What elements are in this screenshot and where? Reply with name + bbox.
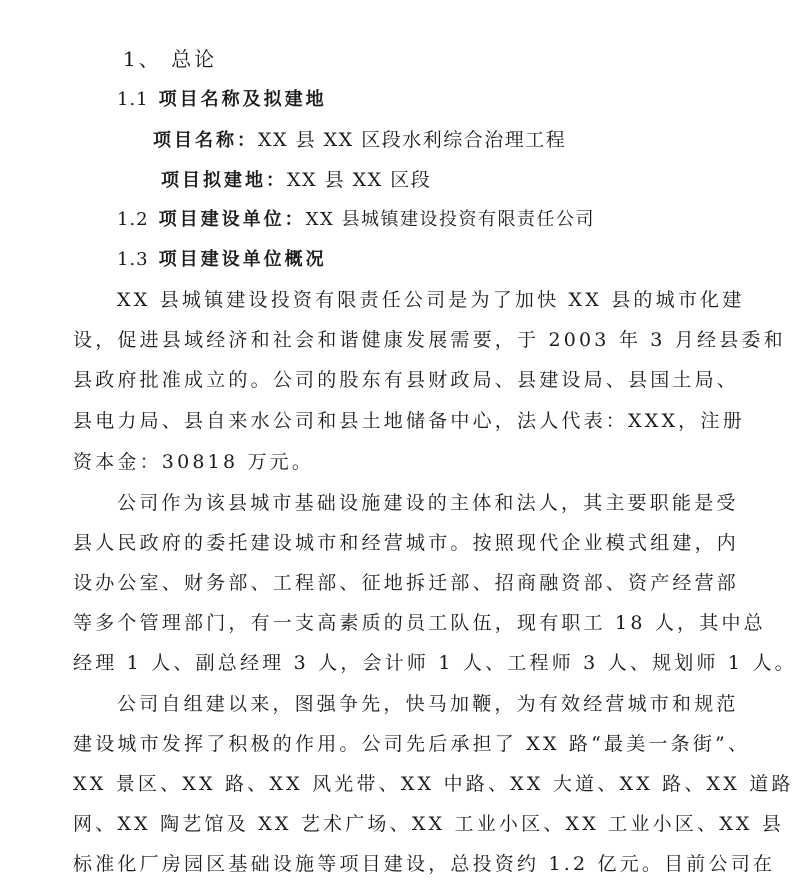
paragraph-line: 标准化厂房园区基础设施等项目建设，总投资约 1.2 亿元。目前公司在 [73, 851, 723, 877]
section-1-2-heading: 1.2项目建设单位：XX 县城镇建设投资有限责任公司 [117, 207, 595, 233]
project-site-label: 项目拟建地： [161, 170, 287, 191]
paragraph-line: 公司自组建以来，图强争先，快马加鞭，为有效经营城市和规范 [117, 691, 723, 717]
section-number: 1.3 [117, 249, 149, 270]
paragraph-line: 县政府批准成立的。公司的股东有县财政局、县建设局、县国土局、 [73, 367, 723, 393]
paragraph-line: 设，促进县域经济和社会和谐健康发展需要，于 2003 年 3 月经县委和 [73, 327, 723, 353]
project-name-value: XX 县 XX 区段水利综合治理工程 [258, 129, 566, 151]
paragraph-line: 县人民政府的委托建设城市和经营城市。按照现代企业模式组建，内 [73, 530, 723, 556]
paragraph-line: 建设城市发挥了积极的作用。公司先后承担了 XX 路“最美一条街”、 [73, 731, 723, 757]
document-page: 1、 总论 1.1项目名称及拟建地 项目名称：XX 县 XX 区段水利综合治理工… [0, 0, 795, 880]
paragraph-line: 设办公室、财务部、工程部、征地拆迁部、招商融资部、资产经营部 [73, 570, 723, 596]
section-label: 项目建设单位： [159, 209, 306, 230]
project-site-row: 项目拟建地：XX 县 XX 区段 [161, 167, 431, 194]
project-name-row: 项目名称：XX 县 XX 区段水利综合治理工程 [153, 127, 566, 154]
section-number: 1.1 [117, 89, 149, 110]
paragraph-line: XX 县城镇建设投资有限责任公司是为了加快 XX 县的城市化建 [117, 287, 723, 313]
section-title: 项目名称及拟建地 [159, 89, 327, 110]
construction-unit-value: XX 县城镇建设投资有限责任公司 [306, 209, 595, 230]
paragraph-line: 经理 1 人、副总经理 3 人，会计师 1 人、工程师 3 人、规划师 1 人。 [73, 650, 723, 676]
section-title: 项目建设单位概况 [159, 249, 327, 270]
paragraph-line: 资本金：30818 万元。 [73, 449, 723, 475]
section-1-1-heading: 1.1项目名称及拟建地 [117, 87, 327, 113]
paragraph-line: 县电力局、县自来水公司和县土地储备中心，法人代表：XXX，注册 [73, 408, 723, 434]
paragraph-line: 网、XX 陶艺馆及 XX 艺术广场、XX 工业小区、XX 工业小区、XX 县 [73, 811, 723, 837]
paragraph-line: XX 景区、XX 路、XX 风光带、XX 中路、XX 大道、XX 路、XX 道路 [73, 771, 723, 797]
section-1-3-heading: 1.3项目建设单位概况 [117, 247, 327, 273]
heading-general: 1、 总论 [123, 46, 217, 72]
paragraph-line: 等多个管理部门，有一支高素质的员工队伍，现有职工 18 人，其中总 [73, 610, 723, 636]
section-number: 1.2 [117, 209, 149, 230]
paragraph-line: 公司作为该县城市基础设施建设的主体和法人，其主要职能是受 [117, 490, 723, 516]
project-name-label: 项目名称： [153, 130, 258, 151]
project-site-value: XX 县 XX 区段 [287, 169, 431, 191]
